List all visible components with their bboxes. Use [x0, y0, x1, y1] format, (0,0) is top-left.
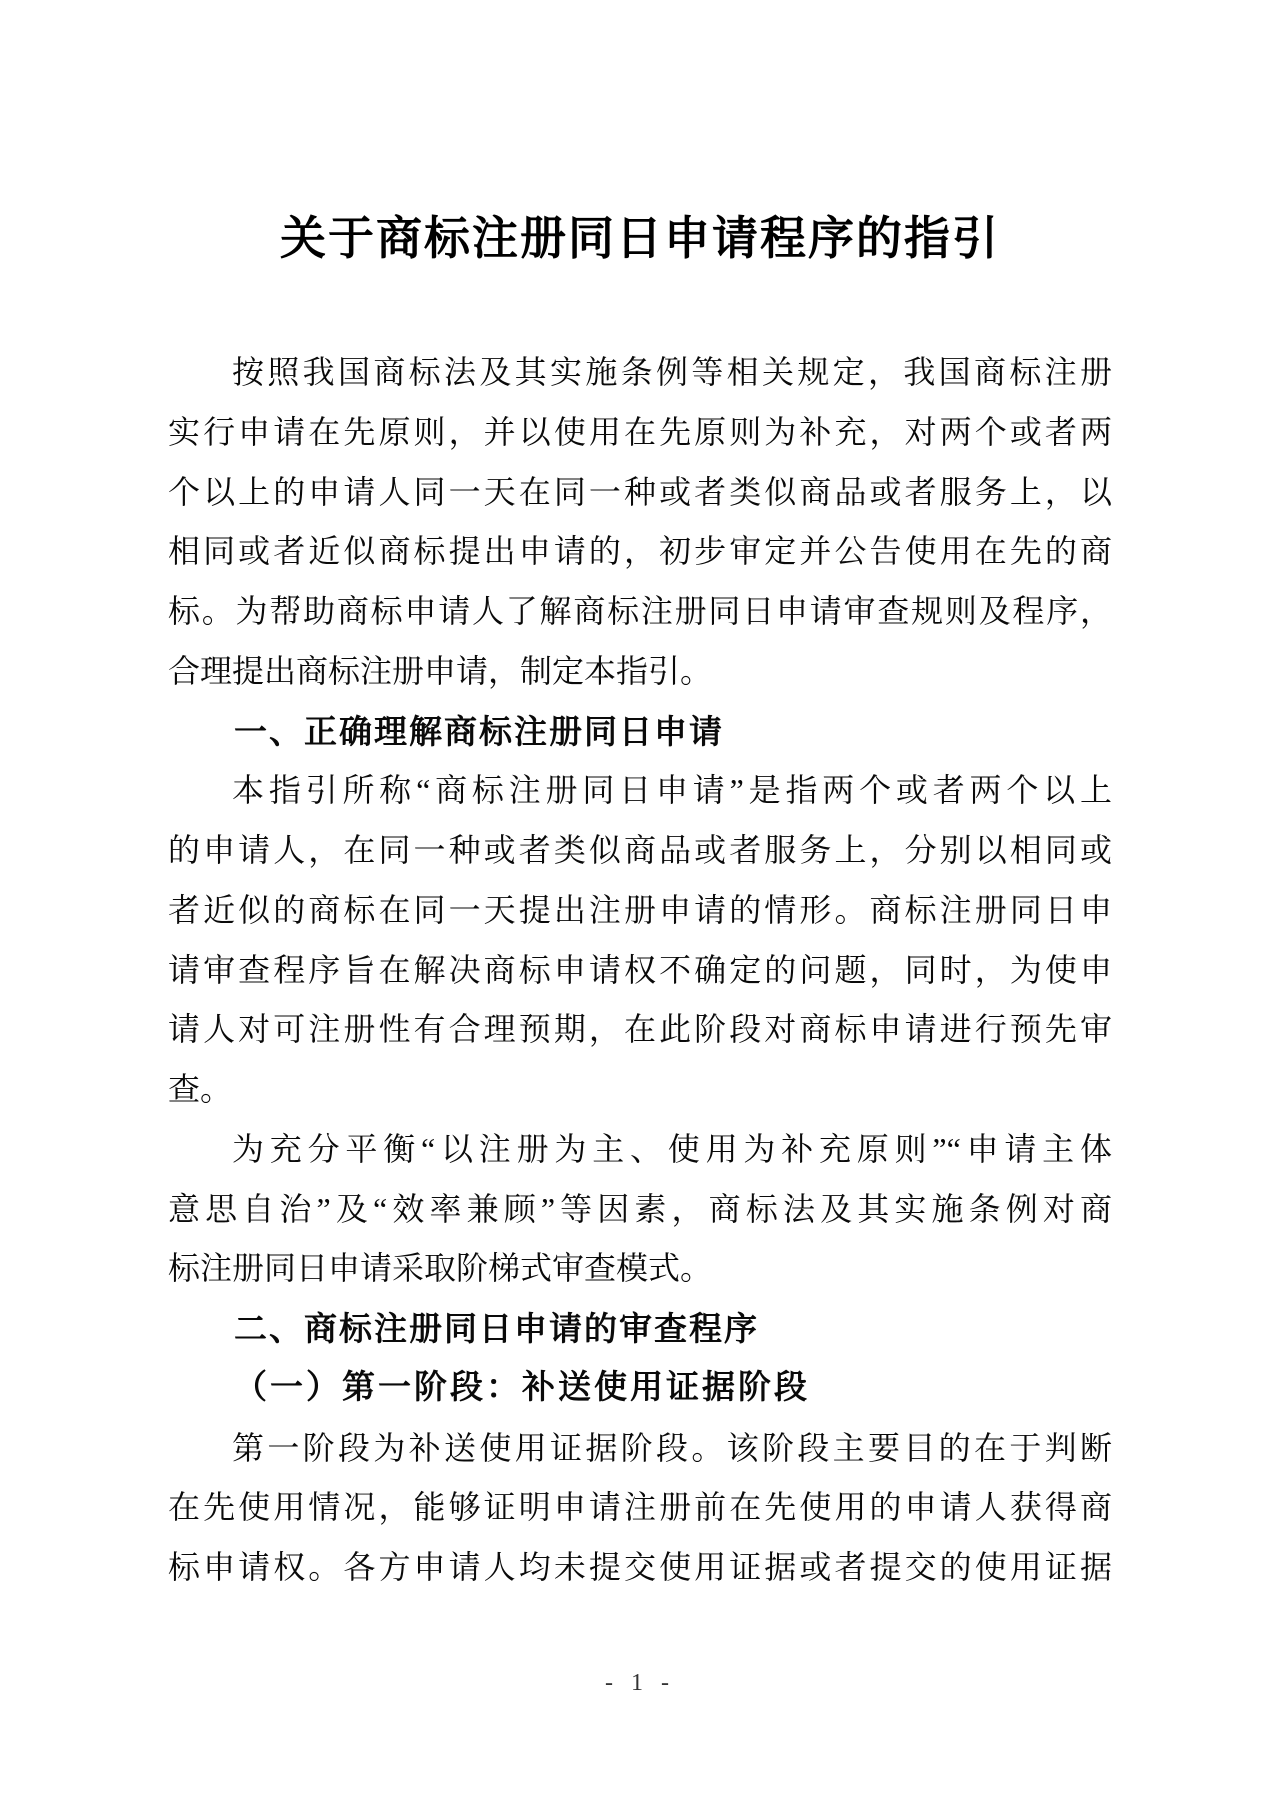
document-body: 按照我国商标法及其实施条例等相关规定，我国商标注册 实行申请在先原则，并以使用在…: [0, 343, 1280, 1598]
body-line: 第一阶段为补送使用证据阶段。该阶段主要目的在于判断: [168, 1419, 1112, 1479]
page-number: - 1 -: [0, 1668, 1280, 1698]
body-line: 按照我国商标法及其实施条例等相关规定，我国商标注册: [168, 343, 1112, 403]
section-heading-1: 一、正确理解商标注册同日申请: [168, 702, 1112, 762]
section-heading-2: 二、商标注册同日申请的审查程序: [168, 1299, 1112, 1359]
subsection-heading-1: （一）第一阶段：补送使用证据阶段: [168, 1359, 1112, 1419]
body-line: 标注册同日申请采取阶梯式审查模式。: [168, 1239, 1112, 1299]
body-line: 相同或者近似商标提出申请的，初步审定并公告使用在先的商: [168, 522, 1112, 582]
body-line: 者近似的商标在同一天提出注册申请的情形。商标注册同日申: [168, 881, 1112, 941]
body-line: 本指引所称“商标注册同日申请”是指两个或者两个以上: [168, 761, 1112, 821]
body-line: 的申请人，在同一种或者类似商品或者服务上，分别以相同或: [168, 821, 1112, 881]
document-page: 关于商标注册同日申请程序的指引 按照我国商标法及其实施条例等相关规定，我国商标注…: [0, 0, 1280, 1810]
body-line: 合理提出商标注册申请，制定本指引。: [168, 642, 1112, 702]
body-line: 请审查程序旨在解决商标申请权不确定的问题，同时，为使申: [168, 941, 1112, 1001]
body-line: 请人对可注册性有合理预期，在此阶段对商标申请进行预先审: [168, 1000, 1112, 1060]
body-line: 个以上的申请人同一天在同一种或者类似商品或者服务上，以: [168, 463, 1112, 523]
body-line: 查。: [168, 1060, 1112, 1120]
body-line: 标申请权。各方申请人均未提交使用证据或者提交的使用证据: [168, 1538, 1112, 1598]
body-line: 实行申请在先原则，并以使用在先原则为补充，对两个或者两: [168, 403, 1112, 463]
document-title: 关于商标注册同日申请程序的指引: [0, 0, 1280, 269]
body-line: 在先使用情况，能够证明申请注册前在先使用的申请人获得商: [168, 1478, 1112, 1538]
body-line: 意思自治”及“效率兼顾”等因素，商标法及其实施条例对商: [168, 1180, 1112, 1240]
body-line: 标。为帮助商标申请人了解商标注册同日申请审查规则及程序，: [168, 582, 1112, 642]
body-line: 为充分平衡“以注册为主、使用为补充原则”“申请主体: [168, 1120, 1112, 1180]
